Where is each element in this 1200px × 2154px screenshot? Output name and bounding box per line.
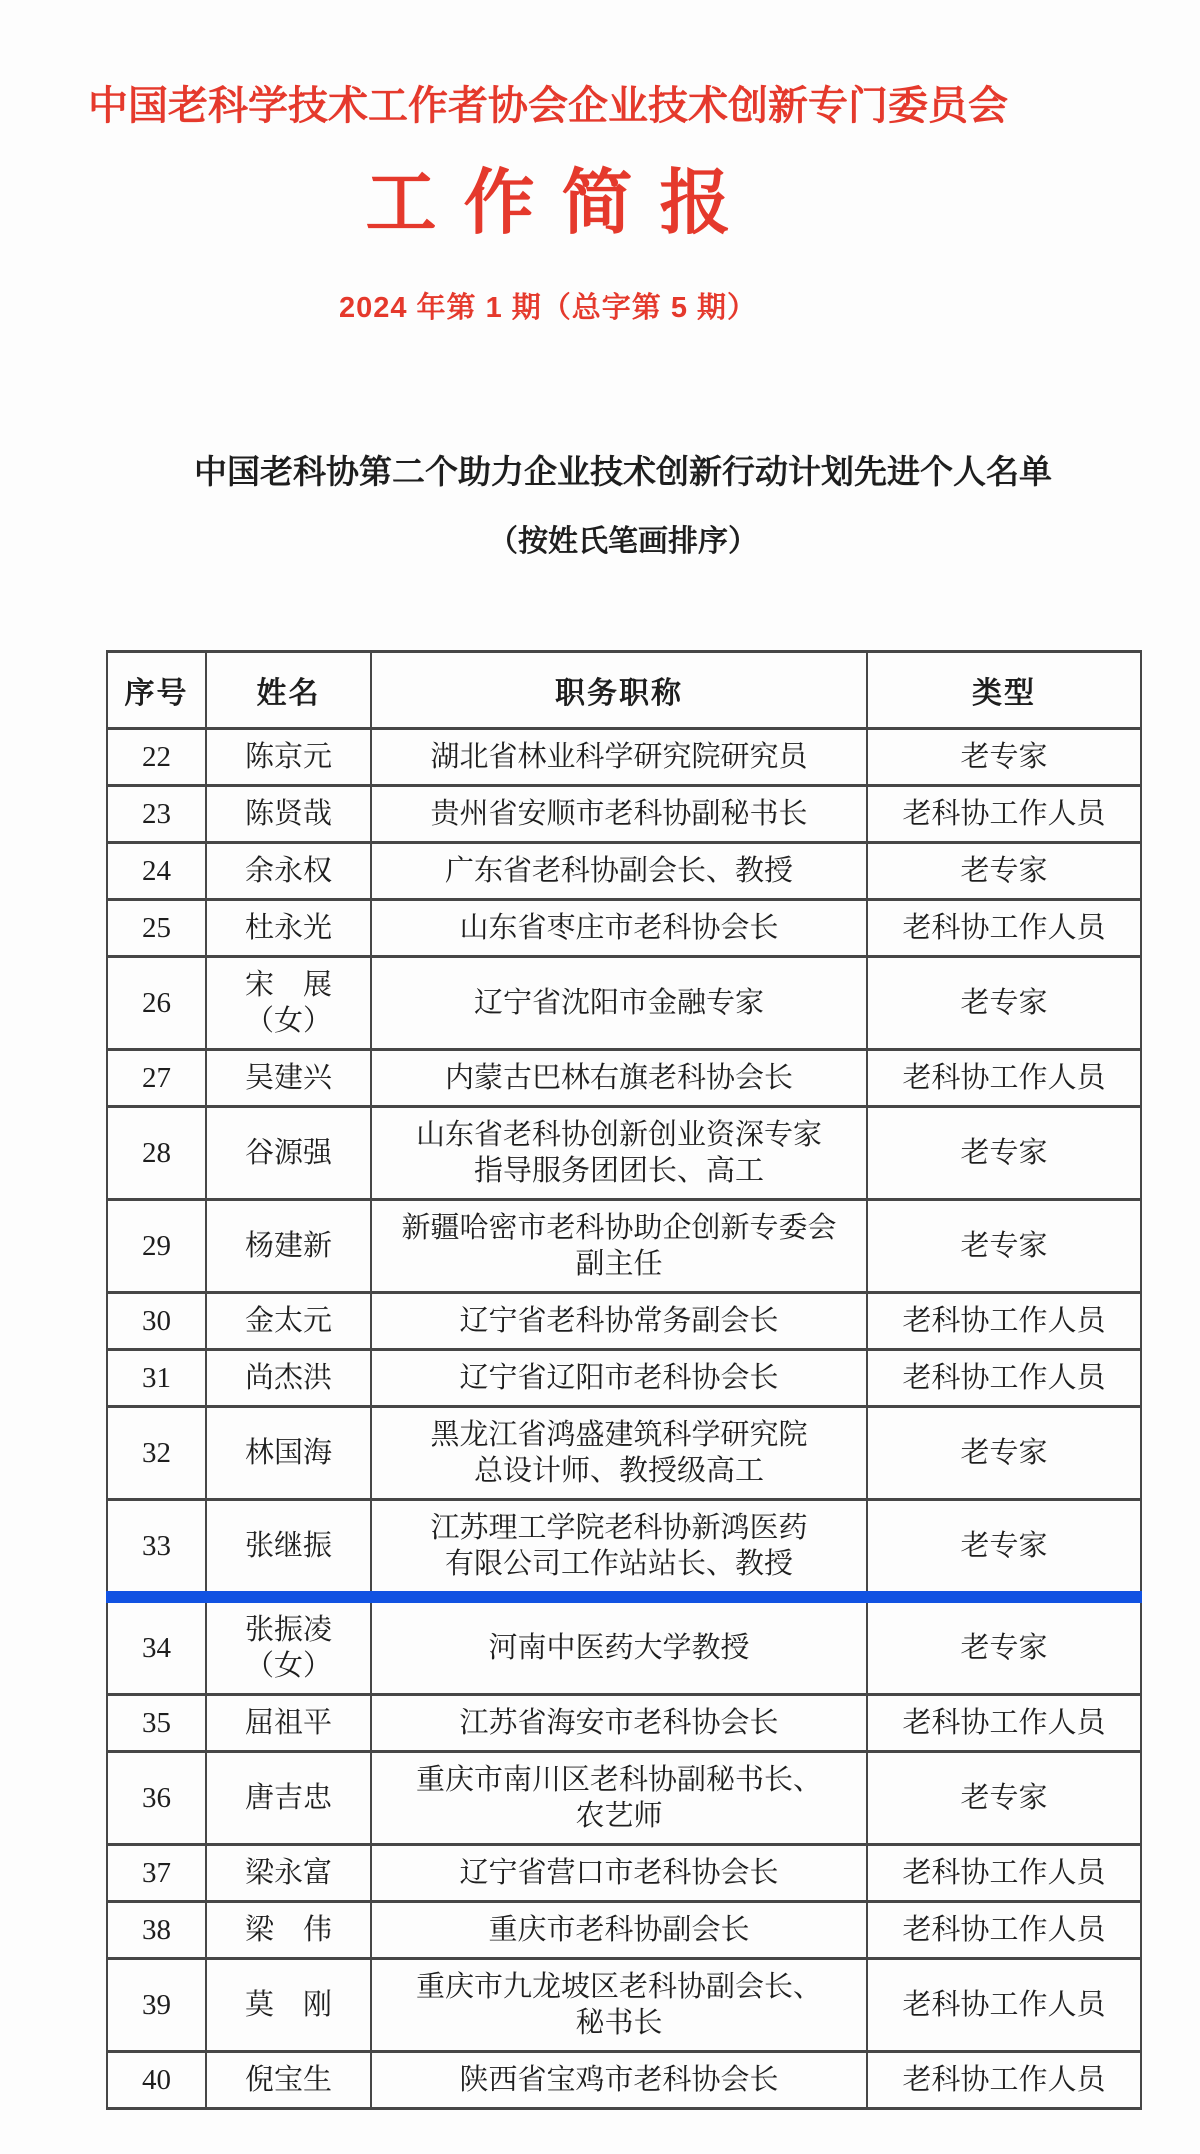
cell-no: 28 <box>107 1107 206 1200</box>
cell-name: 余永权 <box>206 843 371 900</box>
table-row: 28谷源强山东省老科协创新创业资深专家指导服务团团长、高工老专家 <box>107 1107 1141 1200</box>
table-row: 24余永权广东省老科协副会长、教授老专家 <box>107 843 1141 900</box>
cell-no: 34 <box>107 1597 206 1695</box>
cell-type: 老科协工作人员 <box>867 786 1141 843</box>
cell-no: 29 <box>107 1200 206 1293</box>
table-row: 38梁 伟重庆市老科协副会长老科协工作人员 <box>107 1902 1141 1959</box>
cell-position: 湖北省林业科学研究院研究员 <box>371 729 867 786</box>
cell-name: 张振凌（女） <box>206 1597 371 1695</box>
cell-no: 37 <box>107 1845 206 1902</box>
table-row: 27吴建兴内蒙古巴林右旗老科协会长老科协工作人员 <box>107 1050 1141 1107</box>
cell-name: 屈祖平 <box>206 1695 371 1752</box>
cell-type: 老专家 <box>867 729 1141 786</box>
table-row: 30金太元辽宁省老科协常务副会长老科协工作人员 <box>107 1293 1141 1350</box>
cell-name: 陈京元 <box>206 729 371 786</box>
cell-type: 老科协工作人员 <box>867 1293 1141 1350</box>
cell-type: 老科协工作人员 <box>867 1695 1141 1752</box>
table-row: 34张振凌（女）河南中医药大学教授老专家 <box>107 1597 1141 1695</box>
cell-name: 梁 伟 <box>206 1902 371 1959</box>
cell-position: 内蒙古巴林右旗老科协会长 <box>371 1050 867 1107</box>
cell-name: 莫 刚 <box>206 1959 371 2052</box>
cell-type: 老专家 <box>867 843 1141 900</box>
cell-type: 老科协工作人员 <box>867 1845 1141 1902</box>
cell-no: 22 <box>107 729 206 786</box>
cell-position: 黑龙江省鸿盛建筑科学研究院总设计师、教授级高工 <box>371 1407 867 1500</box>
table-row: 39莫 刚重庆市九龙坡区老科协副会长、秘书长老科协工作人员 <box>107 1959 1141 2052</box>
cell-name: 杜永光 <box>206 900 371 957</box>
cell-no: 38 <box>107 1902 206 1959</box>
cell-position: 河南中医药大学教授 <box>371 1597 867 1695</box>
cell-type: 老专家 <box>867 1407 1141 1500</box>
cell-type: 老专家 <box>867 1107 1141 1200</box>
cell-type: 老科协工作人员 <box>867 1959 1141 2052</box>
table-row: 33张继振江苏理工学院老科协新鸿医药有限公司工作站站长、教授老专家 <box>107 1500 1141 1598</box>
cell-name: 吴建兴 <box>206 1050 371 1107</box>
table-row: 23陈贤哉贵州省安顺市老科协副秘书长老科协工作人员 <box>107 786 1141 843</box>
table-row: 29杨建新新疆哈密市老科协助企创新专委会副主任老专家 <box>107 1200 1141 1293</box>
masthead: 中国老科学技术工作者协会企业技术创新专门委员会 工作简报 2024 年第 1 期… <box>0 0 1096 326</box>
table-body: 22陈京元湖北省林业科学研究院研究员老专家23陈贤哉贵州省安顺市老科协副秘书长老… <box>107 729 1141 2109</box>
col-header-no: 序号 <box>107 652 206 729</box>
table-row: 37梁永富辽宁省营口市老科协会长老科协工作人员 <box>107 1845 1141 1902</box>
cell-position: 重庆市南川区老科协副秘书长、农艺师 <box>371 1752 867 1845</box>
table-row: 26宋 展（女）辽宁省沈阳市金融专家老专家 <box>107 957 1141 1050</box>
cell-name: 林国海 <box>206 1407 371 1500</box>
table-header-row: 序号 姓名 职务职称 类型 <box>107 652 1141 729</box>
cell-position: 山东省老科协创新创业资深专家指导服务团团长、高工 <box>371 1107 867 1200</box>
cell-name: 尚杰洪 <box>206 1350 371 1407</box>
list-heading: 中国老科协第二个助力企业技术创新行动计划先进个人名单 （按姓氏笔画排序） <box>106 454 1140 560</box>
table-row: 36唐吉忠重庆市南川区老科协副秘书长、农艺师老专家 <box>107 1752 1141 1845</box>
cell-name: 杨建新 <box>206 1200 371 1293</box>
cell-no: 23 <box>107 786 206 843</box>
cell-position: 山东省枣庄市老科协会长 <box>371 900 867 957</box>
cell-position: 重庆市老科协副会长 <box>371 1902 867 1959</box>
cell-name: 宋 展（女） <box>206 957 371 1050</box>
cell-no: 26 <box>107 957 206 1050</box>
cell-type: 老科协工作人员 <box>867 2052 1141 2109</box>
cell-type: 老专家 <box>867 1752 1141 1845</box>
cell-type: 老专家 <box>867 1597 1141 1695</box>
cell-position: 辽宁省营口市老科协会长 <box>371 1845 867 1902</box>
cell-position: 重庆市九龙坡区老科协副会长、秘书长 <box>371 1959 867 2052</box>
cell-name: 张继振 <box>206 1500 371 1598</box>
cell-type: 老科协工作人员 <box>867 900 1141 957</box>
cell-name: 金太元 <box>206 1293 371 1350</box>
cell-no: 27 <box>107 1050 206 1107</box>
cell-no: 32 <box>107 1407 206 1500</box>
table-row: 22陈京元湖北省林业科学研究院研究员老专家 <box>107 729 1141 786</box>
cell-no: 25 <box>107 900 206 957</box>
cell-no: 40 <box>107 2052 206 2109</box>
table-row: 40倪宝生陕西省宝鸡市老科协会长老科协工作人员 <box>107 2052 1141 2109</box>
cell-no: 30 <box>107 1293 206 1350</box>
col-header-position: 职务职称 <box>371 652 867 729</box>
list-sort-note: （按姓氏笔画排序） <box>106 516 1140 560</box>
col-header-type: 类型 <box>867 652 1141 729</box>
cell-name: 梁永富 <box>206 1845 371 1902</box>
awardees-table: 序号 姓名 职务职称 类型 22陈京元湖北省林业科学研究院研究员老专家23陈贤哉… <box>106 650 1142 2110</box>
cell-type: 老专家 <box>867 1200 1141 1293</box>
cell-position: 辽宁省沈阳市金融专家 <box>371 957 867 1050</box>
cell-name: 谷源强 <box>206 1107 371 1200</box>
cell-position: 广东省老科协副会长、教授 <box>371 843 867 900</box>
organization-title: 中国老科学技术工作者协会企业技术创新专门委员会 <box>0 0 1096 126</box>
cell-position: 贵州省安顺市老科协副秘书长 <box>371 786 867 843</box>
cell-type: 老科协工作人员 <box>867 1902 1141 1959</box>
table-row: 25杜永光山东省枣庄市老科协会长老科协工作人员 <box>107 900 1141 957</box>
cell-position: 陕西省宝鸡市老科协会长 <box>371 2052 867 2109</box>
bulletin-title: 工作简报 <box>0 168 1096 239</box>
cell-type: 老科协工作人员 <box>867 1050 1141 1107</box>
document-page: 中国老科学技术工作者协会企业技术创新专门委员会 工作简报 2024 年第 1 期… <box>0 0 1200 2154</box>
cell-no: 36 <box>107 1752 206 1845</box>
list-title: 中国老科协第二个助力企业技术创新行动计划先进个人名单 <box>106 454 1140 490</box>
table-row: 31尚杰洪辽宁省辽阳市老科协会长老科协工作人员 <box>107 1350 1141 1407</box>
cell-no: 33 <box>107 1500 206 1598</box>
cell-position: 辽宁省辽阳市老科协会长 <box>371 1350 867 1407</box>
cell-type: 老专家 <box>867 957 1141 1050</box>
cell-no: 24 <box>107 843 206 900</box>
table-row: 35屈祖平江苏省海安市老科协会长老科协工作人员 <box>107 1695 1141 1752</box>
cell-position: 辽宁省老科协常务副会长 <box>371 1293 867 1350</box>
cell-name: 唐吉忠 <box>206 1752 371 1845</box>
cell-type: 老科协工作人员 <box>867 1350 1141 1407</box>
cell-position: 江苏理工学院老科协新鸿医药有限公司工作站站长、教授 <box>371 1500 867 1598</box>
cell-position: 江苏省海安市老科协会长 <box>371 1695 867 1752</box>
cell-no: 35 <box>107 1695 206 1752</box>
issue-number: 2024 年第 1 期（总字第 5 期） <box>0 285 1096 326</box>
cell-type: 老专家 <box>867 1500 1141 1598</box>
cell-no: 39 <box>107 1959 206 2052</box>
col-header-name: 姓名 <box>206 652 371 729</box>
cell-position: 新疆哈密市老科协助企创新专委会副主任 <box>371 1200 867 1293</box>
cell-name: 陈贤哉 <box>206 786 371 843</box>
cell-name: 倪宝生 <box>206 2052 371 2109</box>
cell-no: 31 <box>107 1350 206 1407</box>
table-row: 32林国海黑龙江省鸿盛建筑科学研究院总设计师、教授级高工老专家 <box>107 1407 1141 1500</box>
